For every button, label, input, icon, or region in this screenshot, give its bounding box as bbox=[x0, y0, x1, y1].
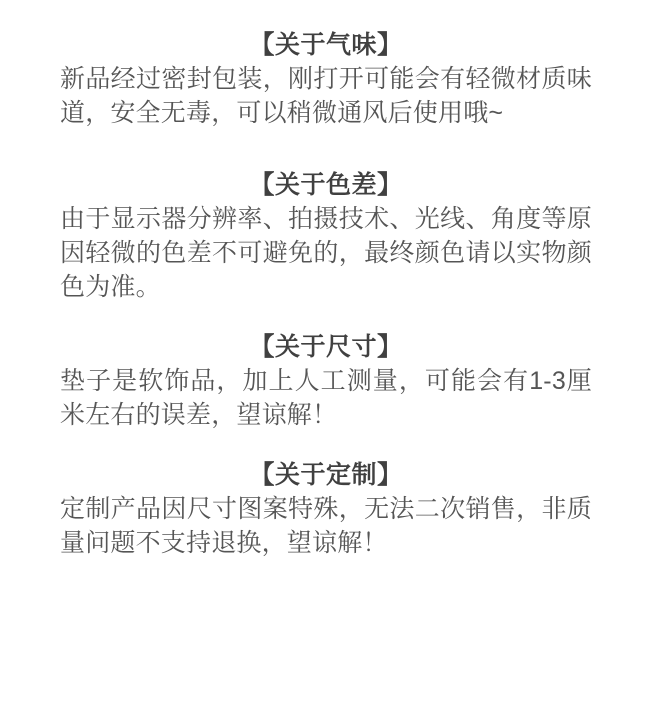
section-color-difference-body: 由于显示器分辨率、拍摄技术、光线、角度等原因轻微的色差不可避免的，最终颜色请以实… bbox=[60, 202, 592, 304]
section-size-title: 【关于尺寸】 bbox=[60, 330, 592, 364]
product-notes-page: 【关于气味】 新品经过密封包装，刚打开可能会有轻微材质味道，安全无毒，可以稍微通… bbox=[0, 0, 652, 720]
section-customization-body: 定制产品因尺寸图案特殊，无法二次销售，非质量问题不支持退换，望谅解！ bbox=[60, 492, 592, 560]
section-customization-title: 【关于定制】 bbox=[60, 458, 592, 492]
section-smell-title: 【关于气味】 bbox=[60, 28, 592, 62]
section-customization: 【关于定制】 定制产品因尺寸图案特殊，无法二次销售，非质量问题不支持退换，望谅解… bbox=[60, 458, 592, 560]
section-color-difference: 【关于色差】 由于显示器分辨率、拍摄技术、光线、角度等原因轻微的色差不可避免的，… bbox=[60, 168, 592, 304]
section-smell: 【关于气味】 新品经过密封包装，刚打开可能会有轻微材质味道，安全无毒，可以稍微通… bbox=[60, 28, 592, 130]
section-color-difference-title: 【关于色差】 bbox=[60, 168, 592, 202]
section-size: 【关于尺寸】 垫子是软饰品，加上人工测量，可能会有1-3厘米左右的误差，望谅解！ bbox=[60, 330, 592, 432]
section-smell-body: 新品经过密封包装，刚打开可能会有轻微材质味道，安全无毒，可以稍微通风后使用哦~ bbox=[60, 62, 592, 130]
section-size-body: 垫子是软饰品，加上人工测量，可能会有1-3厘米左右的误差，望谅解！ bbox=[60, 364, 592, 432]
